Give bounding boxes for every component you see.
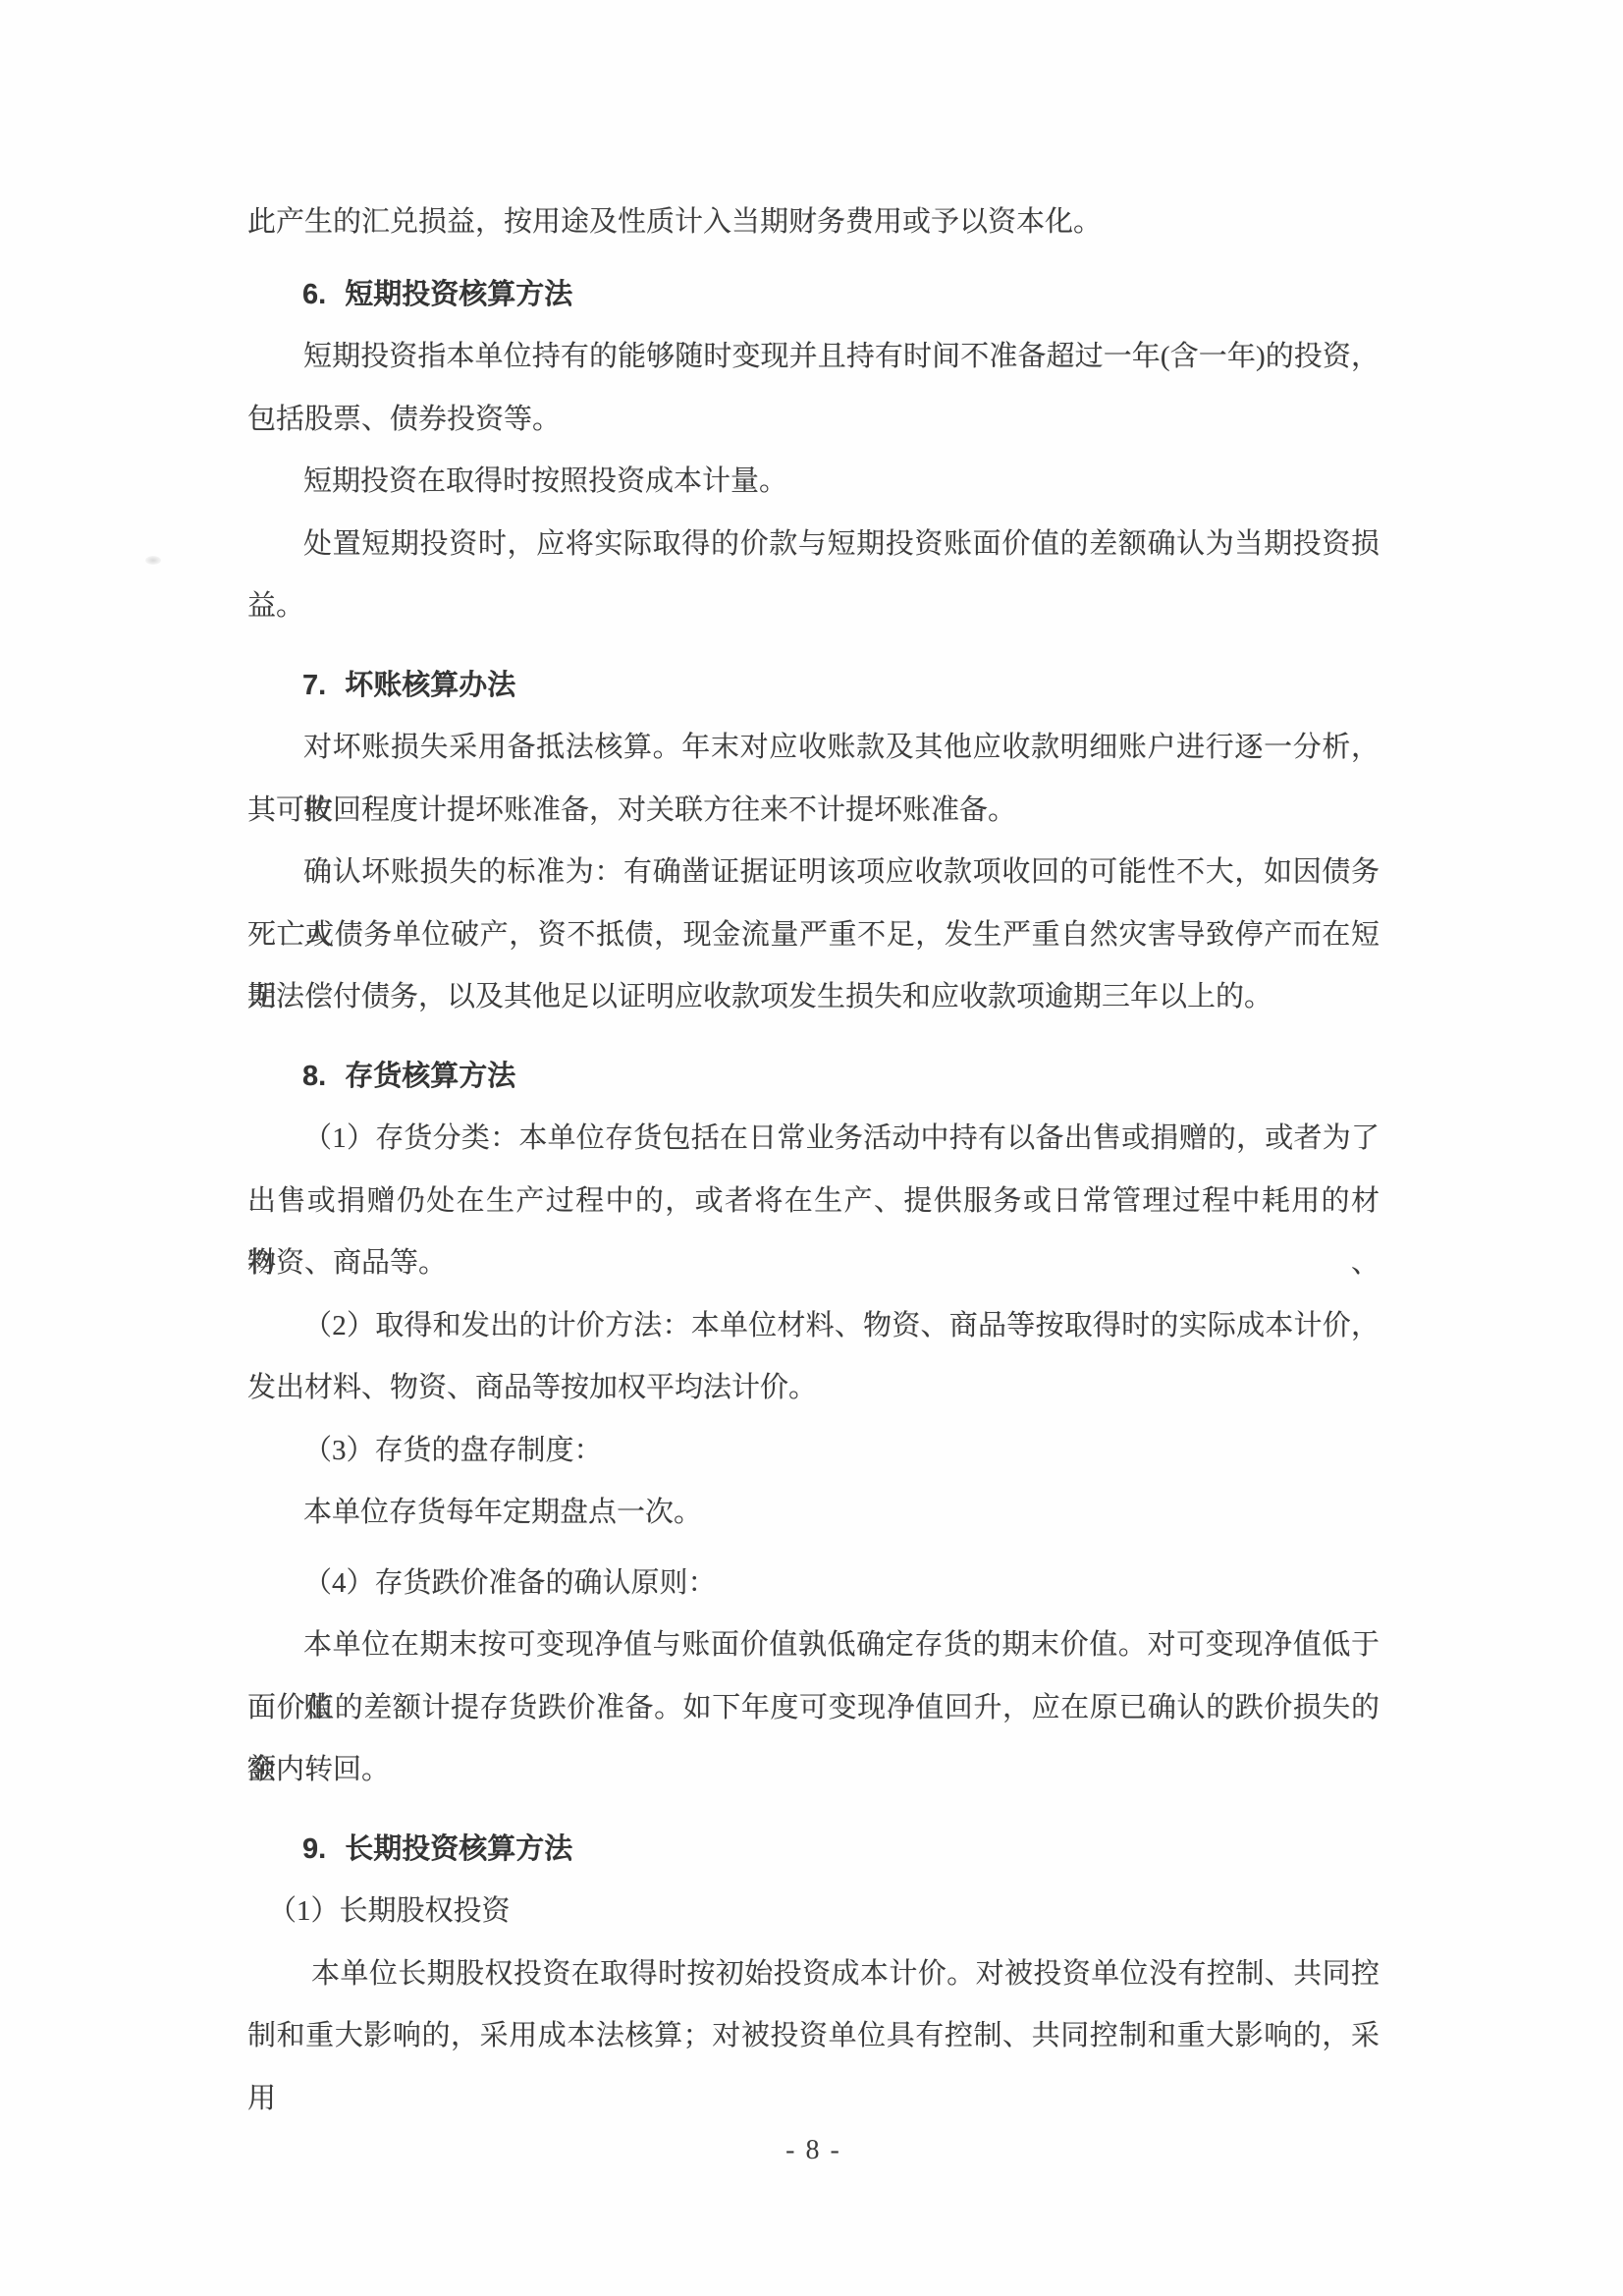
paragraph-line: 发出材料、物资、商品等按加权平均法计价。 <box>247 1357 1380 1420</box>
paragraph-line: 死亡或债务单位破产，资不抵债，现金流量严重不足，发生严重自然灾害导致停产而在短期 <box>247 904 1380 967</box>
paragraph-line: 其可收回程度计提坏账准备，对关联方往来不计提坏账准备。 <box>247 780 1380 843</box>
paragraph-line: 短期投资指本单位持有的能够随时变现并且持有时间不准备超过一年(含一年)的投资， <box>247 326 1380 389</box>
intro-continuation-line: 此产生的汇兑损益，按用途及性质计入当期财务费用或予以资本化。 <box>247 191 1380 254</box>
section-8-number: 8. <box>302 1061 326 1092</box>
paragraph-line: （4）存货跌价准备的确认原则： <box>247 1553 1380 1615</box>
paragraph-line: 额内转回。 <box>247 1739 1380 1802</box>
section-7-number: 7. <box>302 670 326 701</box>
document-page: 此产生的汇兑损益，按用途及性质计入当期财务费用或予以资本化。 6.短期投资核算方… <box>0 0 1623 2296</box>
paragraph-line: 确认坏账损失的标准为：有确凿证据证明该项应收款项收回的可能性不大，如因债务人 <box>247 842 1380 904</box>
section-7-heading: 7.坏账核算办法 <box>247 655 1380 718</box>
paragraph-line: （1）长期股权投资 <box>247 1881 1380 1943</box>
paragraph-line: 出售或捐赠仍处在生产过程中的，或者将在生产、提供服务或日常管理过程中耗用的材料、 <box>247 1171 1380 1233</box>
section-6-title: 短期投资核算方法 <box>345 279 572 310</box>
paragraph-line: 包括股票、债券投资等。 <box>247 389 1380 452</box>
section-9-number: 9. <box>302 1833 326 1865</box>
paragraph-line: 本单位存货每年定期盘点一次。 <box>247 1482 1380 1545</box>
document-body: 此产生的汇兑损益，按用途及性质计入当期财务费用或予以资本化。 6.短期投资核算方… <box>247 191 1380 2068</box>
paragraph-line: （2）取得和发出的计价方法：本单位材料、物资、商品等按取得时的实际成本计价， <box>247 1295 1380 1358</box>
section-7-title: 坏账核算办法 <box>345 670 515 701</box>
paragraph-line: （3）存货的盘存制度： <box>247 1420 1380 1483</box>
section-8-title: 存货核算方法 <box>345 1061 515 1092</box>
paragraph-line: 制和重大影响的，采用成本法核算；对被投资单位具有控制、共同控制和重大影响的，采用 <box>247 2005 1380 2068</box>
paragraph-line: 对坏账损失采用备抵法核算。年末对应收账款及其他应收款明细账户进行逐一分析，按 <box>247 717 1380 780</box>
paragraph-line: 面价值的差额计提存货跌价准备。如下年度可变现净值回升，应在原已确认的跌价损失的金 <box>247 1677 1380 1740</box>
section-6-heading: 6.短期投资核算方法 <box>247 264 1380 327</box>
page-number: - 8 - <box>247 2123 1380 2178</box>
scan-artifact <box>145 556 161 565</box>
section-9-title: 长期投资核算方法 <box>345 1833 572 1865</box>
paragraph-line: 本单位长期股权投资在取得时按初始投资成本计价。对被投资单位没有控制、共同控 <box>247 1943 1380 2006</box>
paragraph-line: 益。 <box>247 575 1380 638</box>
paragraph-line: （1）存货分类：本单位存货包括在日常业务活动中持有以备出售或捐赠的，或者为了 <box>247 1108 1380 1171</box>
section-8-heading: 8.存货核算方法 <box>247 1046 1380 1109</box>
section-6-number: 6. <box>302 279 326 310</box>
paragraph-line: 本单位在期末按可变现净值与账面价值孰低确定存货的期末价值。对可变现净值低于账 <box>247 1614 1380 1677</box>
paragraph-line: 处置短期投资时，应将实际取得的价款与短期投资账面价值的差额确认为当期投资损 <box>247 514 1380 576</box>
paragraph-line: 无法偿付债务，以及其他足以证明应收款项发生损失和应收款项逾期三年以上的。 <box>247 966 1380 1029</box>
section-9-heading: 9.长期投资核算方法 <box>247 1819 1380 1882</box>
paragraph-line: 短期投资在取得时按照投资成本计量。 <box>247 451 1380 514</box>
